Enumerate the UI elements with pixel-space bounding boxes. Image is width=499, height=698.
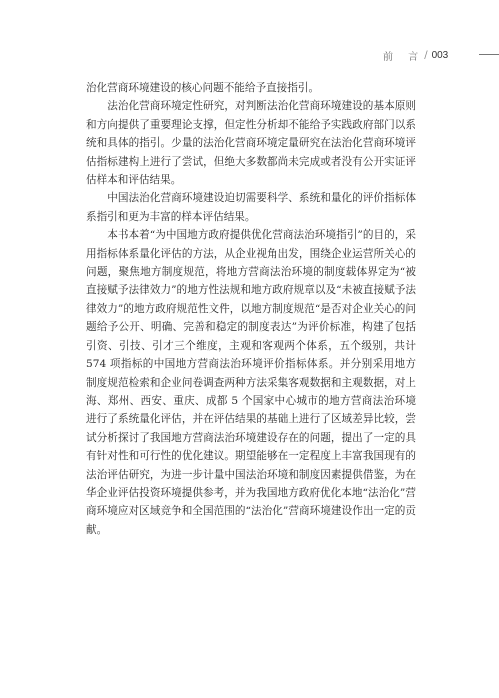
page-number: 003 <box>432 50 449 61</box>
paragraph-2: 法治化营商环境定性研究，对判断法治化营商环境建设的基本原则和方向提供了重要理论支… <box>86 97 416 189</box>
section-title: 前 言 <box>383 48 424 63</box>
header-separator: / <box>424 50 427 61</box>
paragraph-3: 中国法治化营商环境建设迫切需要科学、系统和量化的评价指标体系指引和更为丰富的样本… <box>86 189 416 226</box>
running-header: 前 言 / 003 <box>383 48 448 63</box>
paragraph-4: 本书本着“为中国地方政府提供优化营商法治环境指引”的目的，采用指标体系量化评估的… <box>86 226 416 539</box>
header-rule <box>479 54 499 55</box>
paragraph-1: 治化营商环境建设的核心问题不能给予直接指引。 <box>86 79 416 97</box>
body-text: 治化营商环境建设的核心问题不能给予直接指引。 法治化营商环境定性研究，对判断法治… <box>86 79 416 539</box>
